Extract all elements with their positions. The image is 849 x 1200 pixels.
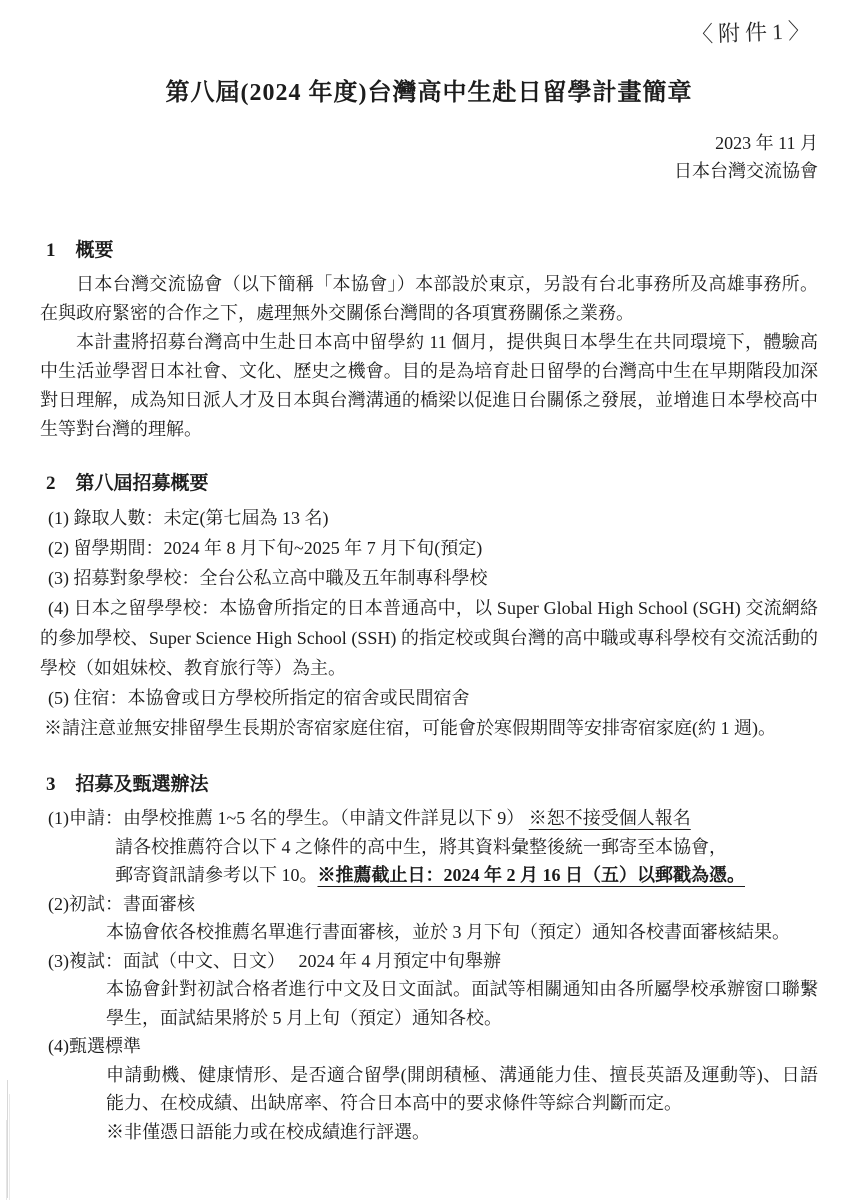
application-deadline-line: 郵寄資訊請參考以下 10。※推薦截止日：2024 年 2 月 16 日（五）以郵… xyxy=(40,861,818,890)
document-page: 〈附件1〉 第八屆(2024 年度)台灣高中生赴日留學計畫簡章 2023 年 1… xyxy=(0,0,849,1200)
recruit-item-period: (2) 留學期間：2024 年 8 月下旬~2025 年 7 月下旬(預定) xyxy=(40,533,818,563)
section-number: 2 xyxy=(46,473,56,495)
first-screening-detail: 本協會依各校推薦名單進行書面審核，並於 3 月下旬（預定）通知各校書面審核結果。 xyxy=(40,918,818,947)
recruit-item-host-schools: (4) 日本之留學學校：本協會所指定的日本普通高中，以 Super Global… xyxy=(40,593,818,683)
publish-date: 2023 年 11 月 xyxy=(40,129,818,157)
recruit-item-housing: (5) 住宿：本協會或日方學校所指定的宿舍或民間宿舍 xyxy=(40,683,818,713)
section-overview: 1概要 日本台灣交流協會（以下簡稱「本協會」）本部設於東京，另設有台北事務所及高… xyxy=(40,235,818,444)
apply-item-application: (1)申請：由學校推薦 1~5 名的學生。（申請文件詳見以下 9） ※恕不接受個… xyxy=(40,804,818,833)
section-title: 概要 xyxy=(76,240,114,261)
section-title: 第八屆招募概要 xyxy=(76,473,209,494)
section-number: 1 xyxy=(46,240,56,262)
section-heading: 2第八屆招募概要 xyxy=(40,468,818,495)
publisher-name: 日本台灣交流協會 xyxy=(40,157,818,185)
section-recruitment-overview: 2第八屆招募概要 (1) 錄取人數：未定(第七屆為 13 名) (2) 留學期間… xyxy=(40,468,818,743)
document-byline: 2023 年 11 月 日本台灣交流協會 xyxy=(40,129,818,185)
application-detail: 請各校推薦符合以下 4 之條件的高中生，將其資料彙整後統一郵寄至本協會， xyxy=(40,833,818,862)
recruit-item-target-schools: (3) 招募對象學校：全台公私立高中職及五年制專科學校 xyxy=(40,563,818,593)
scan-noise-artifact xyxy=(7,1080,8,1198)
section-title: 招募及甄選辦法 xyxy=(76,774,209,795)
apply-item-second-screening: (3)複試：面試（中文、日文） 2024 年 4 月預定中旬舉辦 xyxy=(40,947,818,976)
section-number: 3 xyxy=(46,774,56,796)
recruit-item-quota: (1) 錄取人數：未定(第七屆為 13 名) xyxy=(40,503,818,533)
apply-item-selection-criteria: (4)甄選標準 xyxy=(40,1032,818,1061)
overview-paragraph: 日本台灣交流協會（以下簡稱「本協會」）本部設於東京，另設有台北事務所及高雄事務所… xyxy=(40,270,818,328)
section-heading: 1概要 xyxy=(40,235,818,262)
apply-item-first-screening: (2)初試：書面審核 xyxy=(40,890,818,919)
section-heading: 3招募及甄選辦法 xyxy=(40,769,818,796)
application-text: (1)申請：由學校推薦 1~5 名的學生。（申請文件詳見以下 9） xyxy=(48,808,529,828)
selection-criteria-note: ※非僅憑日語能力或在校成績進行評選。 xyxy=(40,1118,818,1147)
handwritten-attachment-note: 〈附件1〉 xyxy=(690,14,815,49)
mailing-info-text: 郵寄資訊請參考以下 10。 xyxy=(115,865,318,885)
no-individual-application-note: ※恕不接受個人報名 xyxy=(529,808,691,828)
overview-paragraph: 本計畫將招募台灣高中生赴日本高中留學約 11 個月，提供與日本學生在共同環境下，… xyxy=(40,328,818,444)
recommendation-deadline: ※推薦截止日：2024 年 2 月 16 日（五）以郵戳為憑。 xyxy=(318,865,746,885)
section-application-selection: 3招募及甄選辦法 (1)申請：由學校推薦 1~5 名的學生。（申請文件詳見以下 … xyxy=(40,769,818,1146)
recruit-housing-note: ※請注意並無安排留學生長期於寄宿家庭住宿，可能會於寒假期間等安排寄宿家庭(約 1… xyxy=(40,713,818,743)
selection-criteria-detail: 申請動機、健康情形、是否適合留學(開朗積極、溝通能力佳、擅長英語及運動等)、日語… xyxy=(40,1061,818,1118)
second-screening-detail: 本協會針對初試合格者進行中文及日文面試。面試等相關通知由各所屬學校承辦窗口聯繫學… xyxy=(40,975,818,1032)
document-title: 第八屆(2024 年度)台灣高中生赴日留學計畫簡章 xyxy=(40,0,818,107)
